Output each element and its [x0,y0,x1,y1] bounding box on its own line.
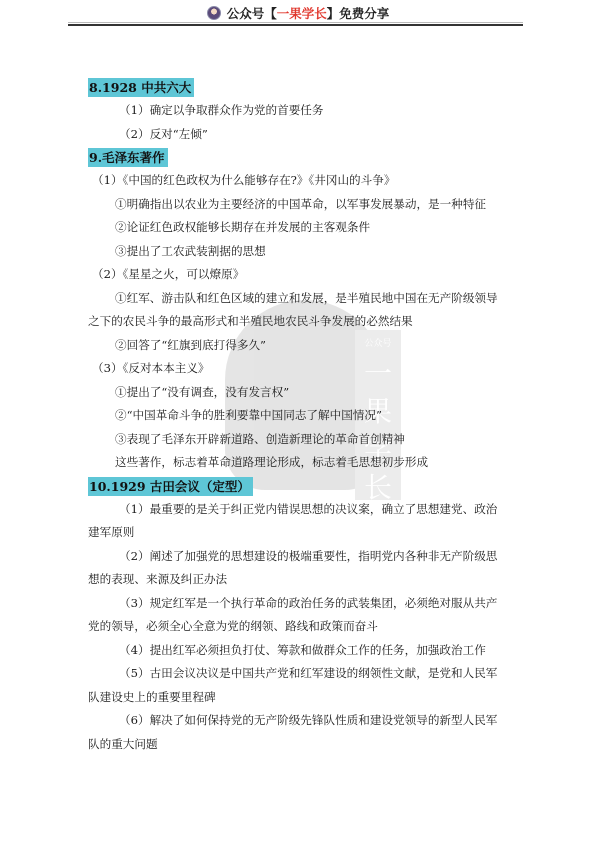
list-item: ③提出了工农武装割据的思想 [88,240,508,264]
list-item: （1）确定以争取群众作为党的首要任务 [88,99,508,123]
header-bracket-close: 】 [327,4,340,22]
page-header: 公众号 【 一果学长 】 免费分享 [0,3,596,23]
section-heading: 8.1928 中共六大 [88,78,194,97]
list-item: ①明确指出以农业为主要经济的中国革命，以军事发展暴动，是一种特征 [88,193,508,217]
list-item: （3）《反对本本主义》 [88,357,508,381]
list-item: ②论证红色政权能够长期存在并发展的主客观条件 [88,216,508,240]
list-item: ③表现了毛泽东开辟新道路、创造新理论的革命首创精神 [88,428,508,452]
list-item: （2）阐述了加强党的思想建设的极端重要性，指明党内各种非无产阶级思 [88,545,508,569]
list-item: ②“中国革命斗争的胜利要靠中国同志了解中国情况” [88,404,508,428]
header-rule [68,24,523,26]
list-item: （2）反对“左倾” [88,123,508,147]
list-item: （3）规定红军是一个执行革命的政治任务的武装集团，必须绝对服从共产 [88,592,508,616]
list-item: （6）解决了如何保持党的无产阶级先锋队性质和建设党领导的新型人民军 [88,709,508,733]
list-item: （4）提出红军必须担负打仗、筹款和做群众工作的任务，加强政治工作 [88,639,508,663]
list-item-continuation: 队的重大问题 [88,733,508,757]
list-item: （1）最重要的是关于纠正党内错误思想的决议案，确立了思想建党、政治 [88,498,508,522]
list-item-continuation: 队建设史上的重要里程碑 [88,686,508,710]
list-item-continuation: 党的领导，必须全心全意为党的纲领、路线和政策而奋斗 [88,615,508,639]
header-rule-thin [68,22,523,23]
list-item: （5）古田会议决议是中国共产党和红军建设的纲领性文献，是党和人民军 [88,662,508,686]
summary-text: 这些著作，标志着革命道路理论形成，标志着毛思想初步形成 [88,451,508,475]
list-item: ①红军、游击队和红色区域的建立和发展，是半殖民地中国在无产阶级领导 [88,287,508,311]
list-item-continuation: 建军原则 [88,521,508,545]
list-item: ②回答了“红旗到底打得多久” [88,334,508,358]
list-item-continuation: 想的表现、来源及纠正办法 [88,568,508,592]
list-item: ①提出了“没有调查，没有发言权” [88,381,508,405]
header-prefix: 公众号 [227,4,265,22]
header-brand: 一果学长 [277,4,327,22]
header-bracket-open: 【 [264,4,277,22]
document-body: 8.1928 中共六大 （1）确定以争取群众作为党的首要任务 （2）反对“左倾”… [88,76,508,756]
header-suffix: 免费分享 [339,4,389,22]
section-heading: 10.1929 古田会议（定型） [88,477,253,496]
list-item: （1）《中国的红色政权为什么能够存在?》《井冈山的斗争》 [88,169,508,193]
section-heading: 9.毛泽东著作 [88,148,168,167]
avatar-icon [207,6,221,20]
list-item: （2）《星星之火，可以燎原》 [88,263,508,287]
list-item-continuation: 之下的农民斗争的最高形式和半殖民地农民斗争发展的必然结果 [88,310,508,334]
